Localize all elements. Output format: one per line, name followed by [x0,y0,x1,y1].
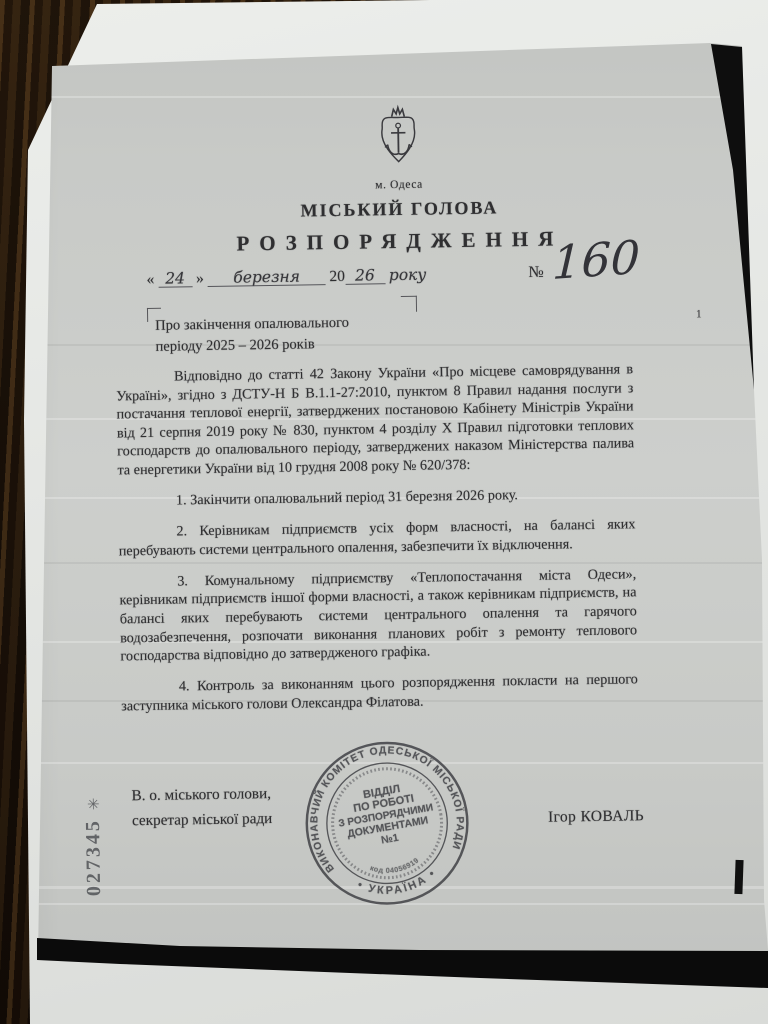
intro-paragraph: Відповідно до статті 42 Закону України «… [116,360,635,480]
date-line: « 24 » березня 2026 року [146,266,426,289]
issuing-authority: МІСЬКИЙ ГОЛОВА [199,196,599,223]
open-quote: « [146,271,154,288]
subject-line-2: періоду 2025 – 2026 років [155,333,405,358]
official-round-stamp: ВИКОНАВЧИЙ КОМІТЕТ ОДЕСЬКОЇ МІСЬКОЇ РАДИ… [288,724,487,923]
rosette-icon: ✳ [84,797,102,810]
document-type-title: РОЗПОРЯДЖЕННЯ [200,226,600,257]
item-3: 3. Комунальному підприємству «Теплопоста… [119,565,637,666]
document-content: м. Одеса МІСЬКИЙ ГОЛОВА РОЗПОРЯДЖЕННЯ « … [0,0,768,1024]
handwritten-year: 26 [345,267,385,285]
subject-corner-mark-right [401,296,417,312]
handwritten-month: березня [207,268,325,287]
handwritten-day: 24 [158,270,192,288]
item-1: 1. Закінчити опалювальний період 31 бере… [118,484,635,511]
registration-number: 027345 [81,818,104,896]
odesa-coat-of-arms-icon [371,104,426,177]
signatory-name: Ігор КОВАЛЬ [548,807,644,827]
document-body: Відповідно до статті 42 Закону України «… [116,360,638,716]
handwritten-document-number: 160 [552,234,641,286]
registration-number-stamp: 027345 ✳ [12,766,174,928]
document-photo: м. Одеса МІСЬКИЙ ГОЛОВА РОЗПОРЯДЖЕННЯ « … [0,0,768,1024]
printed-century: 20 [329,268,345,285]
svg-text:код 04056919: код 04056919 [368,855,422,879]
stamp-code-text: код 04056919 [368,855,422,879]
city-label: м. Одеса [199,176,599,194]
item-2: 2. Керівникам підприємств усіх форм влас… [118,515,636,560]
handwritten-year-word: року [389,266,427,285]
stamp-inner-line-5: №1 [380,832,400,847]
number-label: № [528,264,544,282]
subject-block: Про закінчення опалювального періоду 202… [155,312,406,358]
item-4: 4. Контроль за виконанням цього розпоряд… [121,671,639,716]
document-header: м. Одеса МІСЬКИЙ ГОЛОВА РОЗПОРЯДЖЕННЯ [198,101,600,257]
close-quote: » [196,270,204,287]
page-mark: 1 [696,308,702,320]
